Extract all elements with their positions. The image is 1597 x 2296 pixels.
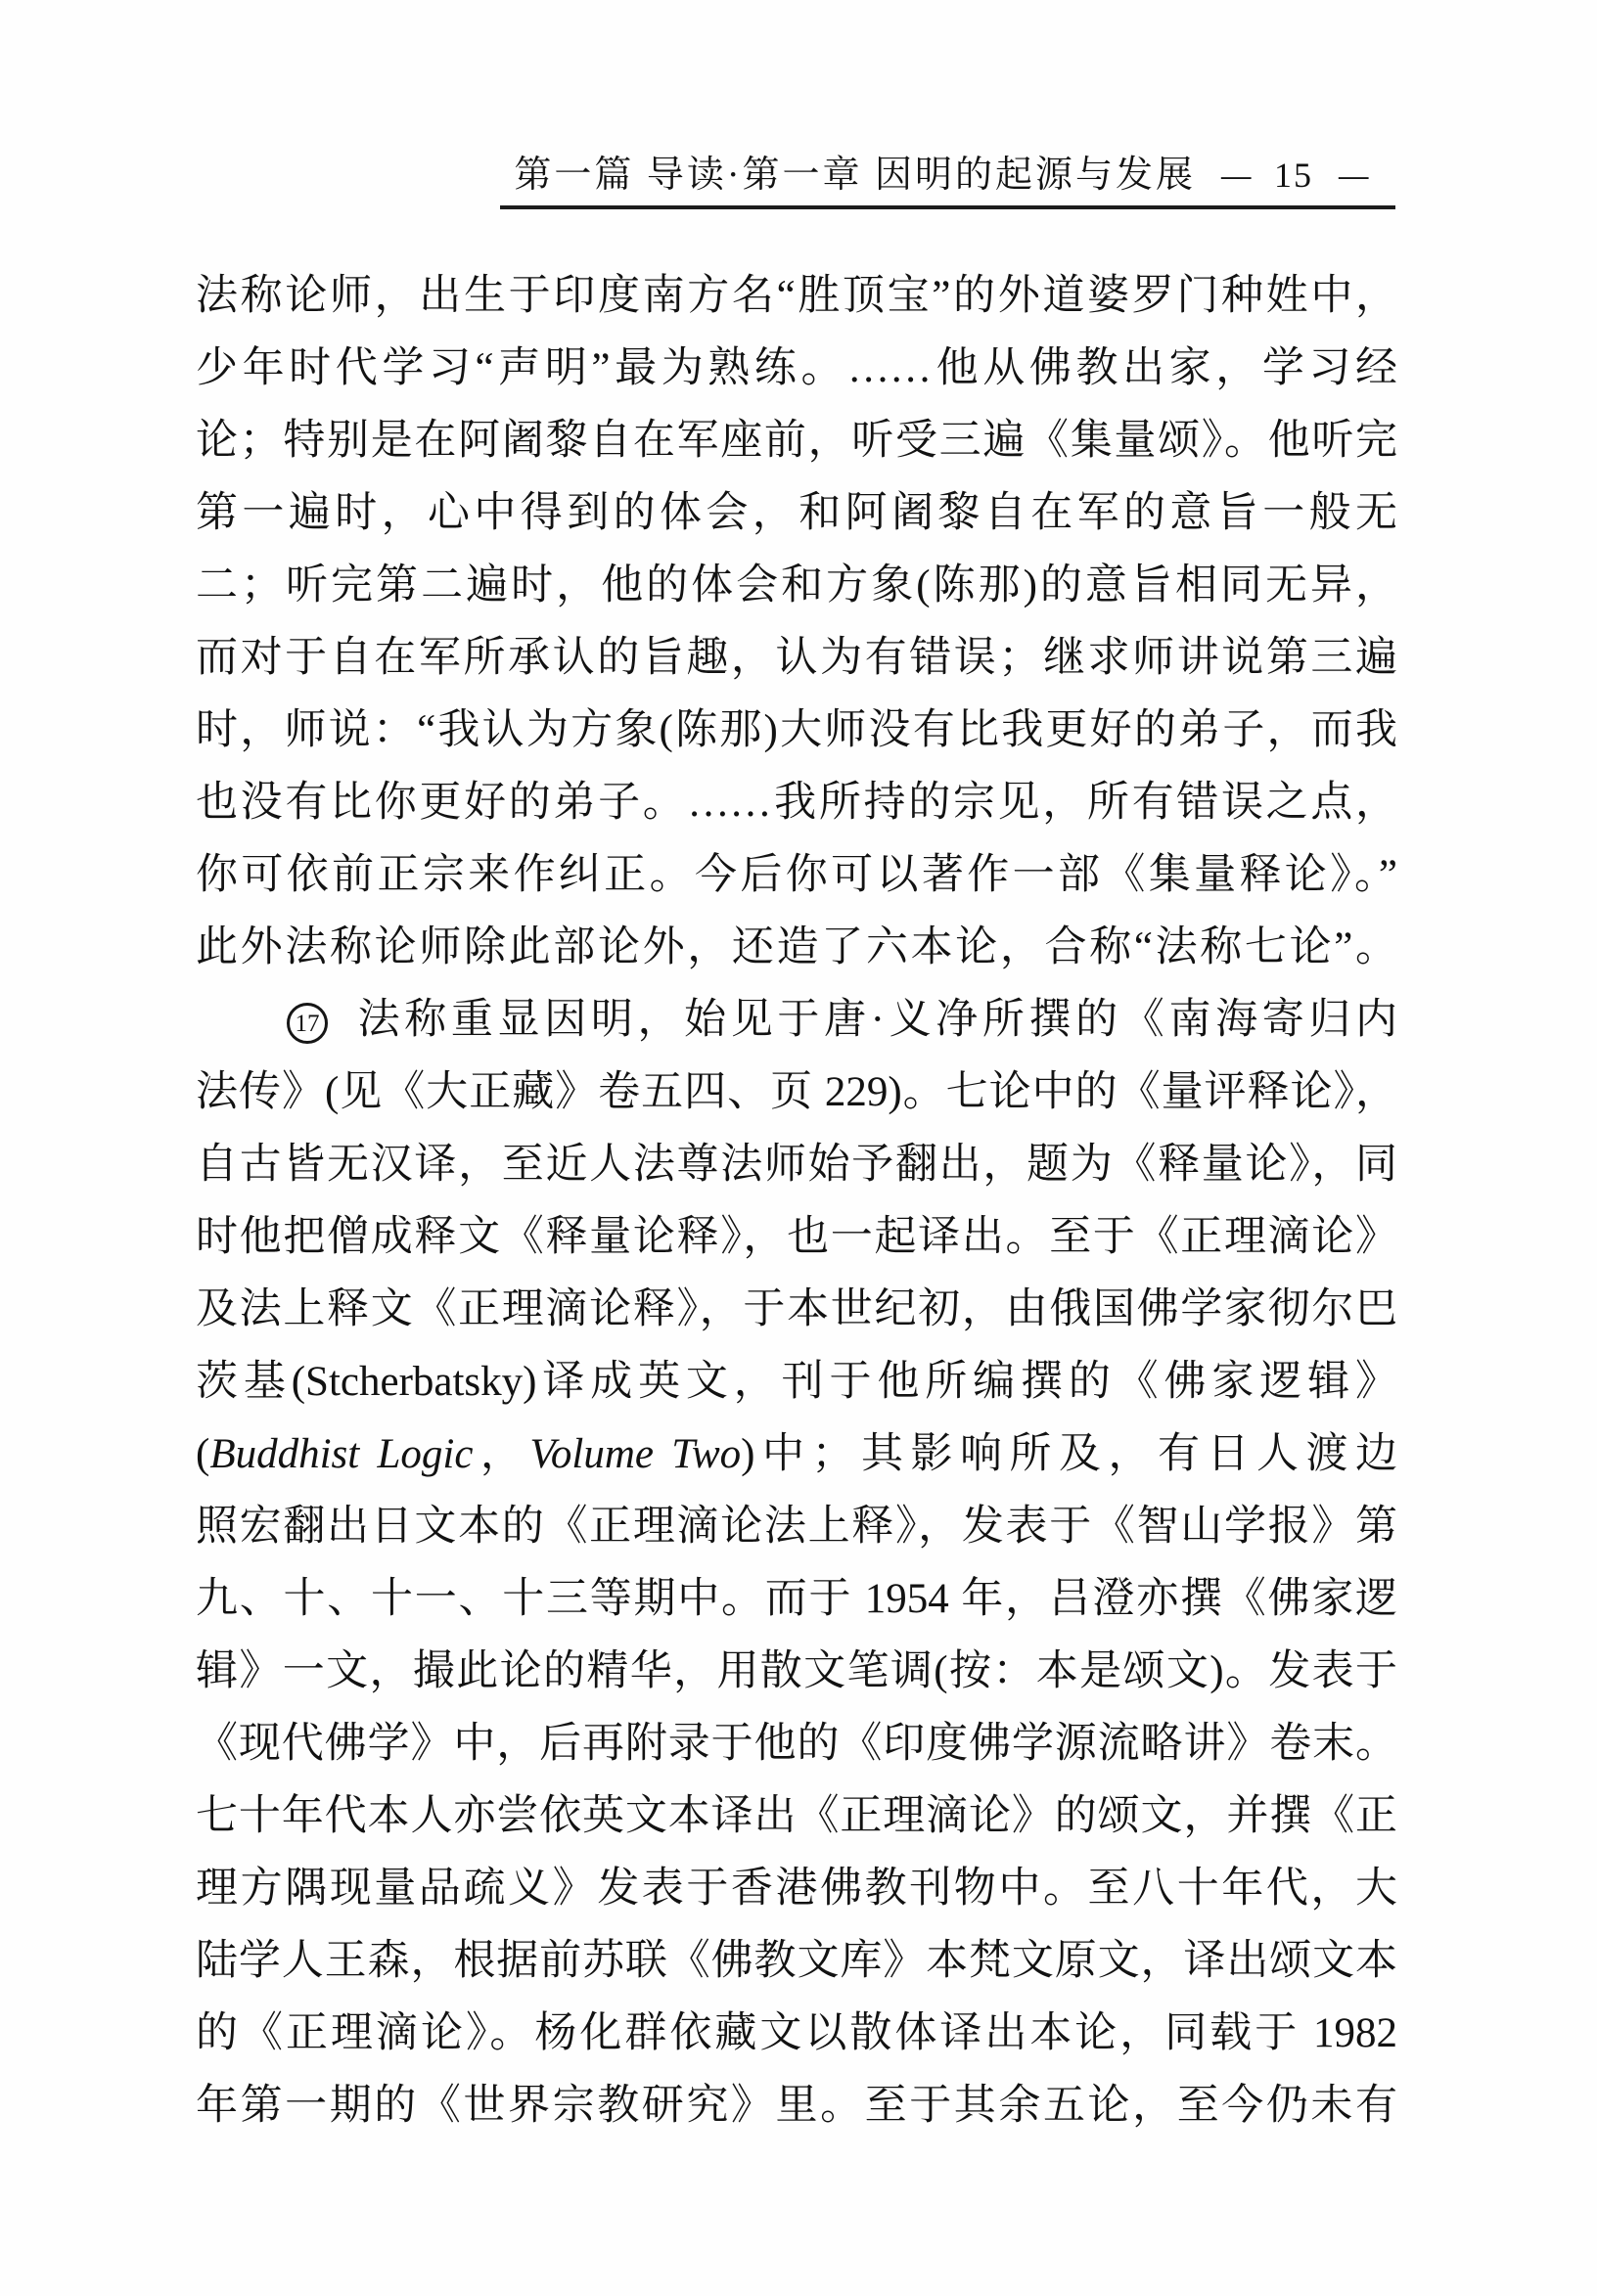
page-number-dash-left: —: [1221, 155, 1253, 196]
text-segment: 少年时代学习“声明”最为熟练。……他从佛教出家，学习经: [196, 345, 1397, 391]
text-segment: 七十年代本人亦尝依英文本译出《正理滴论》的颂文，并撰《正: [196, 1793, 1397, 1839]
text-segment: )中；其影响所及，有日人渡边: [741, 1431, 1397, 1477]
text-segment: 茨基(Stcherbatsky)译成英文，刊于他所编撰的《佛家逻辑》: [196, 1359, 1397, 1405]
running-head: 第一篇 导读·第一章 因明的起源与发展—15—: [500, 155, 1395, 209]
book-page: 第一篇 导读·第一章 因明的起源与发展—15— 法称论师，出生于印度南方名“胜顶…: [0, 0, 1597, 2296]
text-segment: 及法上释文《正理滴论释》，于本世纪初，由俄国佛学家彻尔巴: [196, 1286, 1397, 1332]
text-segment: 九、十、十一、十三等期中。而于 1954 年，吕澄亦撰《佛家逻: [196, 1576, 1397, 1622]
text-segment: (: [196, 1431, 209, 1477]
text-segment: 照宏翻出日文本的《正理滴论法上释》，发表于《智山学报》第: [196, 1504, 1397, 1550]
text-line: (Buddhist Logic，Volume Two)中；其影响所及，有日人渡边: [196, 1418, 1397, 1491]
text-segment: 二；听完第二遍时，他的体会和方象(陈那)的意旨相同无异，: [196, 563, 1397, 608]
text-line: 少年时代学习“声明”最为熟练。……他从佛教出家，学习经: [196, 333, 1397, 405]
text-segment: 法传》(见《大正藏》卷五四、页 229)。七论中的《量评释论》，: [196, 1069, 1397, 1115]
latin-italic-text: Volume Two: [529, 1431, 741, 1477]
text-segment: 你可依前正宗来作纠正。今后你可以著作一部《集量释论》。”: [196, 852, 1397, 898]
text-body: 法称论师，出生于印度南方名“胜顶宝”的外道婆罗门种姓中，少年时代学习“声明”最为…: [196, 260, 1397, 2142]
text-line: 论；特别是在阿阇黎自在军座前，听受三遍《集量颂》。他听完: [196, 405, 1397, 477]
text-line: 法称论师，出生于印度南方名“胜顶宝”的外道婆罗门种姓中，: [196, 260, 1397, 333]
text-segment: 时，师说：“我认为方象(陈那)大师没有比我更好的弟子，而我: [196, 707, 1397, 753]
text-line: 及法上释文《正理滴论释》，于本世纪初，由俄国佛学家彻尔巴: [196, 1274, 1397, 1346]
text-line: 第一遍时，心中得到的体会，和阿阇黎自在军的意旨一般无: [196, 477, 1397, 550]
text-line: 陆学人王森，根据前苏联《佛教文库》本梵文原文，译出颂文本: [196, 1925, 1397, 1998]
page-header: 第一篇 导读·第一章 因明的起源与发展—15—: [196, 155, 1395, 209]
text-line: 年第一期的《世界宗教研究》里。至于其余五论，至今仍未有: [196, 2070, 1397, 2142]
text-line: 照宏翻出日文本的《正理滴论法上释》，发表于《智山学报》第: [196, 1491, 1397, 1563]
text-line: 二；听完第二遍时，他的体会和方象(陈那)的意旨相同无异，: [196, 550, 1397, 622]
page-number-dash-right: —: [1339, 155, 1370, 196]
text-segment: 的《正理滴论》。杨化群依藏文以散体译出本论，同载于 1982: [196, 2010, 1397, 2056]
footnote-17-marker-icon: 17: [287, 1003, 328, 1044]
text-segment: 也没有比你更好的弟子。……我所持的宗见，所有错误之点，: [196, 780, 1397, 826]
text-segment: 第一遍时，心中得到的体会，和阿阇黎自在军的意旨一般无: [196, 490, 1397, 536]
text-segment: 《现代佛学》中，后再附录于他的《印度佛学源流略讲》卷末。: [196, 1721, 1397, 1767]
text-line: 时他把僧成释文《释量论释》，也一起译出。至于《正理滴论》: [196, 1201, 1397, 1274]
text-line: 自古皆无汉译，至近人法尊法师始予翻出，题为《释量论》，同: [196, 1129, 1397, 1201]
text-line: 七十年代本人亦尝依英文本译出《正理滴论》的颂文，并撰《正: [196, 1780, 1397, 1853]
page-number: 15: [1274, 156, 1313, 195]
text-segment: 陆学人王森，根据前苏联《佛教文库》本梵文原文，译出颂文本: [196, 1938, 1397, 1984]
text-line: 《现代佛学》中，后再附录于他的《印度佛学源流略讲》卷末。: [196, 1708, 1397, 1780]
text-line: 你可依前正宗来作纠正。今后你可以著作一部《集量释论》。”: [196, 839, 1397, 912]
text-line: 法传》(见《大正藏》卷五四、页 229)。七论中的《量评释论》，: [196, 1057, 1397, 1129]
text-segment: 自古皆无汉译，至近人法尊法师始予翻出，题为《释量论》，同: [196, 1142, 1397, 1188]
text-segment: 法称论师，出生于印度南方名“胜顶宝”的外道婆罗门种姓中，: [196, 273, 1397, 319]
text-line: 而对于自在军所承认的旨趣，认为有错误；继求师讲说第三遍: [196, 622, 1397, 695]
text-segment: 论；特别是在阿阇黎自在军座前，听受三遍《集量颂》。他听完: [196, 418, 1397, 464]
text-line: 辑》一文，撮此论的精华，用散文笔调(按：本是颂文)。发表于: [196, 1636, 1397, 1708]
text-segment: 辑》一文，撮此论的精华，用散文笔调(按：本是颂文)。发表于: [196, 1648, 1397, 1694]
text-segment: 而对于自在军所承认的旨趣，认为有错误；继求师讲说第三遍: [196, 635, 1397, 681]
text-line: 时，师说：“我认为方象(陈那)大师没有比我更好的弟子，而我: [196, 695, 1397, 767]
text-line: 也没有比你更好的弟子。……我所持的宗见，所有错误之点，: [196, 767, 1397, 839]
text-segment: 时他把僧成释文《释量论释》，也一起译出。至于《正理滴论》: [196, 1214, 1397, 1260]
latin-italic-text: Buddhist Logic: [209, 1431, 473, 1477]
text-line: 的《正理滴论》。杨化群依藏文以散体译出本论，同载于 1982: [196, 1998, 1397, 2070]
chapter-title: 第一篇 导读·第一章 因明的起源与发展: [514, 155, 1196, 196]
text-line: 理方隅现量品疏义》发表于香港佛教刊物中。至八十年代，大: [196, 1853, 1397, 1925]
text-line: 茨基(Stcherbatsky)译成英文，刊于他所编撰的《佛家逻辑》: [196, 1346, 1397, 1418]
text-segment: 理方隅现量品疏义》发表于香港佛教刊物中。至八十年代，大: [196, 1866, 1397, 1912]
text-line: 17法称重显因明，始见于唐·义净所撰的《南海寄归内: [196, 984, 1397, 1057]
text-segment: 年第一期的《世界宗教研究》里。至于其余五论，至今仍未有: [196, 2083, 1397, 2129]
text-segment: 法称重显因明，始见于唐·义净所撰的《南海寄归内: [353, 997, 1397, 1043]
text-line: 此外法称论师除此部论外，还造了六本论，合称“法称七论”。: [196, 912, 1397, 984]
text-segment: ，: [473, 1431, 529, 1477]
text-segment: 此外法称论师除此部论外，还造了六本论，合称“法称七论”。: [196, 924, 1397, 970]
text-line: 九、十、十一、十三等期中。而于 1954 年，吕澄亦撰《佛家逻: [196, 1563, 1397, 1636]
